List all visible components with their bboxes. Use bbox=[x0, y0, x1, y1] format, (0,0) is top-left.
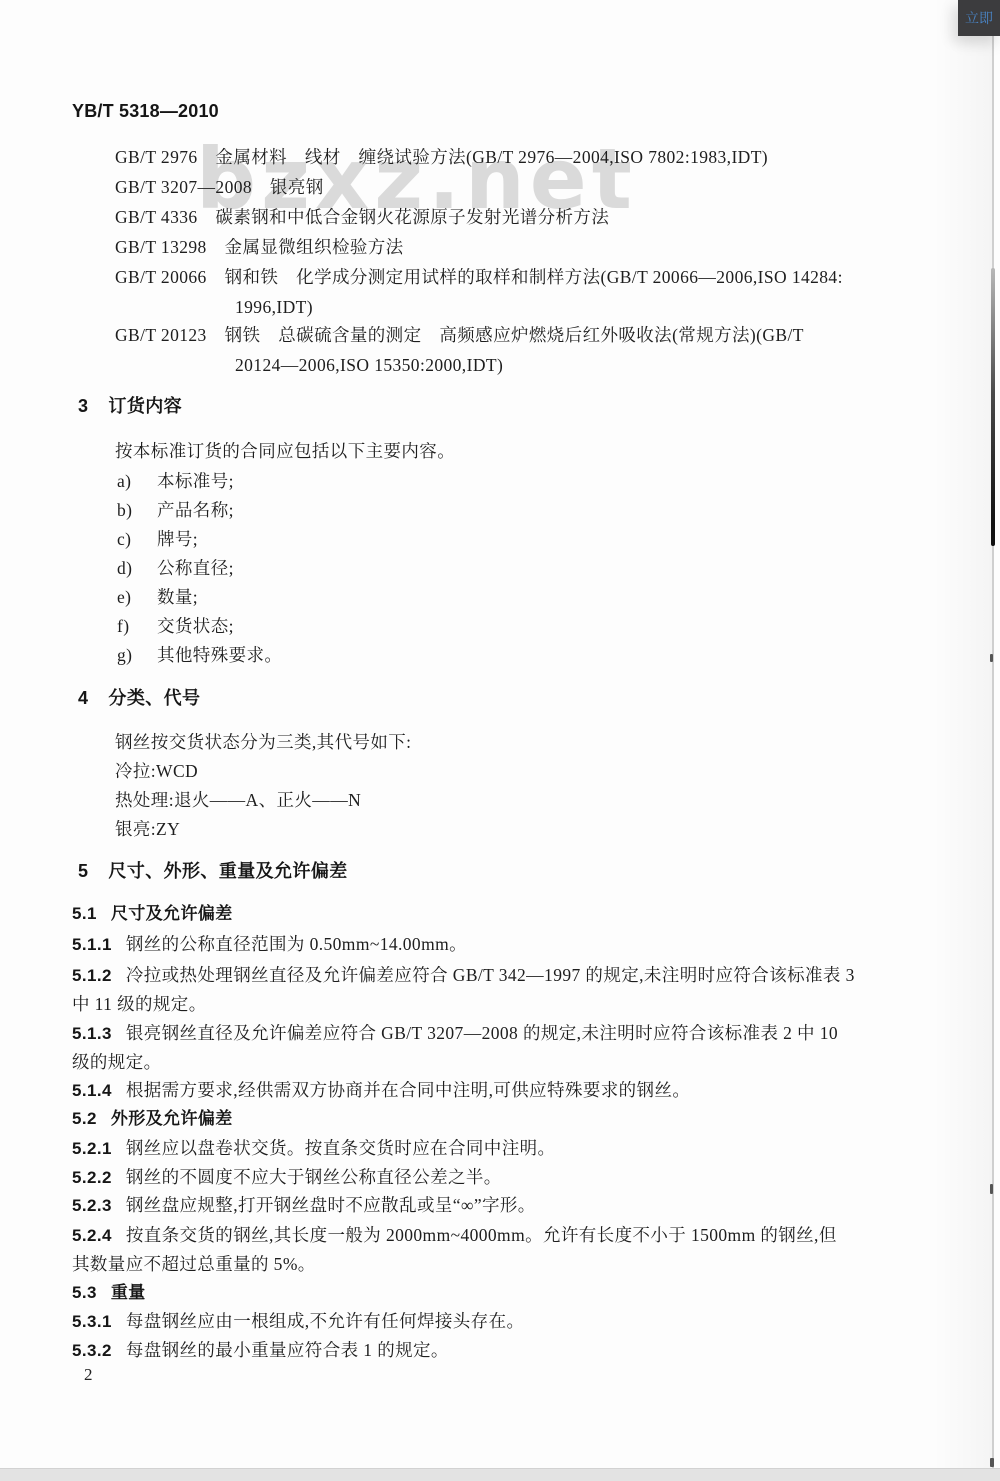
item-text: 交货状态; bbox=[157, 616, 234, 636]
clause-continuation: 级的规定。 bbox=[72, 1049, 162, 1075]
clause-text: 冷拉或热处理钢丝直径及允许偏差应符合 GB/T 342—1997 的规定,未注明… bbox=[126, 965, 855, 985]
item-marker: a) bbox=[117, 468, 157, 494]
section-5-heading: 5尺寸、外形、重量及允许偏差 bbox=[78, 858, 348, 884]
section-3-heading: 3订货内容 bbox=[78, 393, 182, 419]
order-item: g)其他特殊要求。 bbox=[117, 642, 282, 668]
reference-line: GB/T 20066 钢和铁 化学成分测定用试样的取样和制样方法(GB/T 20… bbox=[115, 264, 843, 290]
reference-line: GB/T 2976 金属材料 线材 缠绕试验方法(GB/T 2976—2004,… bbox=[115, 144, 768, 170]
clause-text: 根据需方要求,经供需双方协商并在合同中注明,可供应特殊要求的钢丝。 bbox=[126, 1080, 690, 1100]
section-4-heading: 4分类、代号 bbox=[78, 685, 200, 711]
page-edge-shading bbox=[934, 0, 992, 1481]
clause: 5.3.1每盘钢丝应由一根组成,不允许有任何焊接头存在。 bbox=[72, 1308, 524, 1335]
order-item: f)交货状态; bbox=[117, 613, 234, 639]
clause-text: 按直条交货的钢丝,其长度一般为 2000mm~4000mm。允许有长度不小于 1… bbox=[126, 1225, 837, 1245]
section-number: 4 bbox=[78, 685, 88, 711]
order-item: d)公称直径; bbox=[117, 555, 234, 581]
section-title: 分类、代号 bbox=[108, 688, 200, 708]
section-title: 尺寸、外形、重量及允许偏差 bbox=[108, 861, 347, 881]
section-title: 外形及允许偏差 bbox=[111, 1109, 233, 1128]
item-text: 公称直径; bbox=[157, 558, 234, 578]
reference-line: GB/T 20123 钢铁 总碳硫含量的测定 高频感应炉燃烧后红外吸收法(常规方… bbox=[115, 322, 804, 348]
reference-line: GB/T 3207—2008 银亮钢 bbox=[115, 174, 324, 200]
clause-text: 银亮钢丝直径及允许偏差应符合 GB/T 3207—2008 的规定,未注明时应符… bbox=[126, 1023, 838, 1043]
order-item: e)数量; bbox=[117, 584, 198, 610]
item-marker: g) bbox=[117, 642, 157, 668]
section-title: 重量 bbox=[111, 1283, 146, 1302]
section-title: 订货内容 bbox=[108, 396, 182, 416]
scan-speck bbox=[990, 1458, 994, 1467]
item-marker: e) bbox=[117, 584, 157, 610]
item-text: 其他特殊要求。 bbox=[157, 645, 282, 665]
order-item: c)牌号; bbox=[117, 526, 198, 552]
clause-text: 钢丝应以盘卷状交货。按直条交货时应在合同中注明。 bbox=[126, 1138, 556, 1158]
reference-line-continuation: 1996,IDT) bbox=[235, 294, 313, 320]
clause-text: 钢丝盘应规整,打开钢丝盘时不应散乱或呈“∞”字形。 bbox=[126, 1195, 536, 1215]
page-edge-line bbox=[992, 0, 994, 1481]
clause-number: 5.2.4 bbox=[72, 1223, 112, 1249]
binding-mark bbox=[991, 268, 995, 546]
page-number: 2 bbox=[84, 1362, 93, 1388]
clause: 5.1.2冷拉或热处理钢丝直径及允许偏差应符合 GB/T 342—1997 的规… bbox=[72, 962, 855, 989]
section-5-2-heading: 5.2外形及允许偏差 bbox=[72, 1106, 233, 1132]
clause-continuation: 中 11 级的规定。 bbox=[72, 991, 207, 1017]
order-item: a)本标准号; bbox=[117, 468, 234, 494]
item-marker: f) bbox=[117, 613, 157, 639]
clause-number: 5.3.2 bbox=[72, 1338, 112, 1364]
clause: 5.2.3钢丝盘应规整,打开钢丝盘时不应散乱或呈“∞”字形。 bbox=[72, 1192, 536, 1219]
clause: 5.2.2钢丝的不圆度不应大于钢丝公称直径公差之半。 bbox=[72, 1164, 502, 1191]
reference-line: GB/T 13298 金属显微组织检验方法 bbox=[115, 234, 404, 260]
clause-text: 每盘钢丝应由一根组成,不允许有任何焊接头存在。 bbox=[126, 1311, 525, 1331]
clause: 5.1.3银亮钢丝直径及允许偏差应符合 GB/T 3207—2008 的规定,未… bbox=[72, 1020, 838, 1047]
section-number: 5.2 bbox=[72, 1106, 97, 1132]
clause-continuation: 其数量应不超过总重量的 5%。 bbox=[72, 1251, 316, 1277]
order-item: b)产品名称; bbox=[117, 497, 234, 523]
item-marker: b) bbox=[117, 497, 157, 523]
item-text: 产品名称; bbox=[157, 500, 234, 520]
reference-line: GB/T 4336 碳素钢和中低合金钢火花源原子发射光谱分析方法 bbox=[115, 204, 609, 230]
section-number: 3 bbox=[78, 393, 88, 419]
clause-number: 5.2.1 bbox=[72, 1136, 112, 1162]
clause: 5.3.2每盘钢丝的最小重量应符合表 1 的规定。 bbox=[72, 1337, 449, 1364]
item-text: 数量; bbox=[157, 587, 198, 607]
clause-number: 5.3.1 bbox=[72, 1309, 112, 1335]
clause-text: 钢丝的公称直径范围为 0.50mm~14.00mm。 bbox=[126, 934, 467, 954]
classification-line: 钢丝按交货状态分为三类,其代号如下: bbox=[115, 729, 411, 755]
reference-line-continuation: 20124—2006,ISO 15350:2000,IDT) bbox=[235, 352, 503, 378]
scan-speck bbox=[990, 1184, 993, 1194]
item-marker: d) bbox=[117, 555, 157, 581]
section-title: 尺寸及允许偏差 bbox=[111, 904, 233, 923]
item-text: 本标准号; bbox=[157, 471, 234, 491]
download-button[interactable]: 立即 bbox=[958, 0, 1000, 36]
clause-number: 5.2.2 bbox=[72, 1165, 112, 1191]
classification-line: 冷拉:WCD bbox=[115, 758, 198, 784]
clause-number: 5.1.1 bbox=[72, 932, 112, 958]
clause: 5.1.1钢丝的公称直径范围为 0.50mm~14.00mm。 bbox=[72, 931, 467, 958]
item-marker: c) bbox=[117, 526, 157, 552]
clause-text: 钢丝的不圆度不应大于钢丝公称直径公差之半。 bbox=[126, 1167, 502, 1187]
clause-number: 5.1.4 bbox=[72, 1078, 112, 1104]
clause-text: 每盘钢丝的最小重量应符合表 1 的规定。 bbox=[126, 1340, 449, 1360]
clause-number: 5.1.3 bbox=[72, 1021, 112, 1047]
order-intro: 按本标准订货的合同应包括以下主要内容。 bbox=[115, 438, 455, 464]
clause: 5.1.4根据需方要求,经供需双方协商并在合同中注明,可供应特殊要求的钢丝。 bbox=[72, 1077, 690, 1104]
scan-speck bbox=[990, 654, 993, 662]
clause: 5.2.4按直条交货的钢丝,其长度一般为 2000mm~4000mm。允许有长度… bbox=[72, 1222, 837, 1249]
section-5-3-heading: 5.3重量 bbox=[72, 1280, 146, 1306]
viewer-bottom-strip bbox=[0, 1468, 1000, 1481]
standard-number-header: YB/T 5318—2010 bbox=[72, 98, 219, 124]
scanned-document-page: bzxz.net YB/T 5318—2010 GB/T 2976 金属材料 线… bbox=[0, 0, 1000, 1481]
classification-line: 热处理:退火——A、正火——N bbox=[115, 787, 361, 813]
section-number: 5.1 bbox=[72, 901, 97, 927]
section-5-1-heading: 5.1尺寸及允许偏差 bbox=[72, 901, 233, 927]
section-number: 5.3 bbox=[72, 1280, 97, 1306]
clause-number: 5.2.3 bbox=[72, 1193, 112, 1219]
classification-line: 银亮:ZY bbox=[115, 816, 180, 842]
section-number: 5 bbox=[78, 858, 88, 884]
clause-number: 5.1.2 bbox=[72, 963, 112, 989]
item-text: 牌号; bbox=[157, 529, 198, 549]
clause: 5.2.1钢丝应以盘卷状交货。按直条交货时应在合同中注明。 bbox=[72, 1135, 555, 1162]
